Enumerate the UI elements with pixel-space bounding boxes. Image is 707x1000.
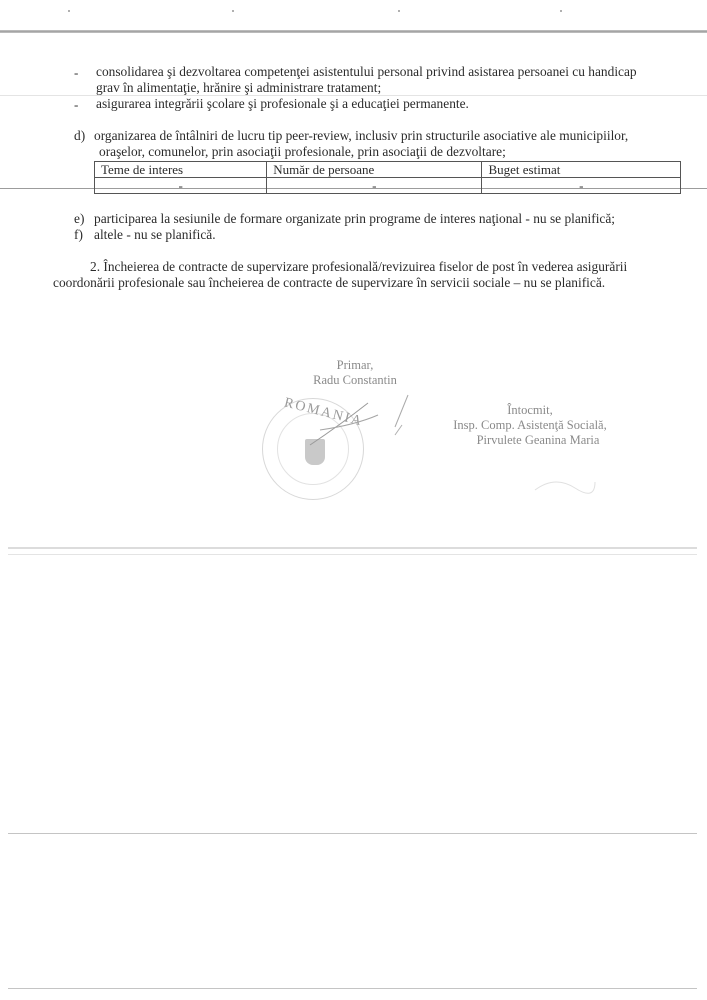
bullet-marker: - xyxy=(74,97,78,113)
scan-speck xyxy=(68,10,70,12)
list-item-f: altele - nu se planifică. xyxy=(94,227,216,243)
table-cell: - xyxy=(482,178,681,194)
table-row: - - - xyxy=(95,178,681,194)
bullet-text-line: asigurarea integrării şcolare şi profesi… xyxy=(96,96,469,112)
peer-review-table: Teme de interes Număr de persoane Buget … xyxy=(94,161,681,194)
page-top-edge xyxy=(0,30,707,33)
signature-title: Primar, xyxy=(305,358,405,373)
bullet-marker: - xyxy=(74,65,78,81)
signature-title: Întocmit, xyxy=(440,403,620,418)
list-item-e: participarea la sesiunile de formare org… xyxy=(94,211,615,227)
item-text-line: organizarea de întâlniri de lucru tip pe… xyxy=(94,128,628,144)
bullet-text-line: grav în alimentaţie, hrănire şi administ… xyxy=(96,80,381,96)
table-header-cell: Buget estimat xyxy=(482,162,681,178)
table-header-cell: Număr de persoane xyxy=(267,162,482,178)
scan-line xyxy=(8,547,697,549)
table-header-row: Teme de interes Număr de persoane Buget … xyxy=(95,162,681,178)
faint-signature-mark xyxy=(530,470,600,500)
scan-line xyxy=(8,554,697,555)
scan-speck xyxy=(232,10,234,12)
table-cell: - xyxy=(267,178,482,194)
handwritten-signature xyxy=(300,385,420,455)
scan-speck xyxy=(560,10,562,12)
table-cell: - xyxy=(95,178,267,194)
paragraph-line: coordonării profesionale sau încheierea … xyxy=(53,275,605,291)
table-header-cell: Teme de interes xyxy=(95,162,267,178)
paragraph-line: 2. Încheierea de contracte de supervizar… xyxy=(90,259,627,275)
signature-role: Insp. Comp. Asistenţă Socială, xyxy=(440,418,620,433)
item-marker: e) xyxy=(74,211,84,227)
bullet-text-line: consolidarea şi dezvoltarea competenţei … xyxy=(96,64,637,80)
scan-line xyxy=(8,833,697,834)
item-text-line: oraşelor, comunelor, prin asociaţii prof… xyxy=(99,144,506,160)
signature-name: Pirvulete Geanina Maria xyxy=(448,433,628,448)
scan-speck xyxy=(398,10,400,12)
scan-line xyxy=(8,988,697,989)
item-marker: d) xyxy=(74,128,85,144)
item-marker: f) xyxy=(74,227,83,243)
